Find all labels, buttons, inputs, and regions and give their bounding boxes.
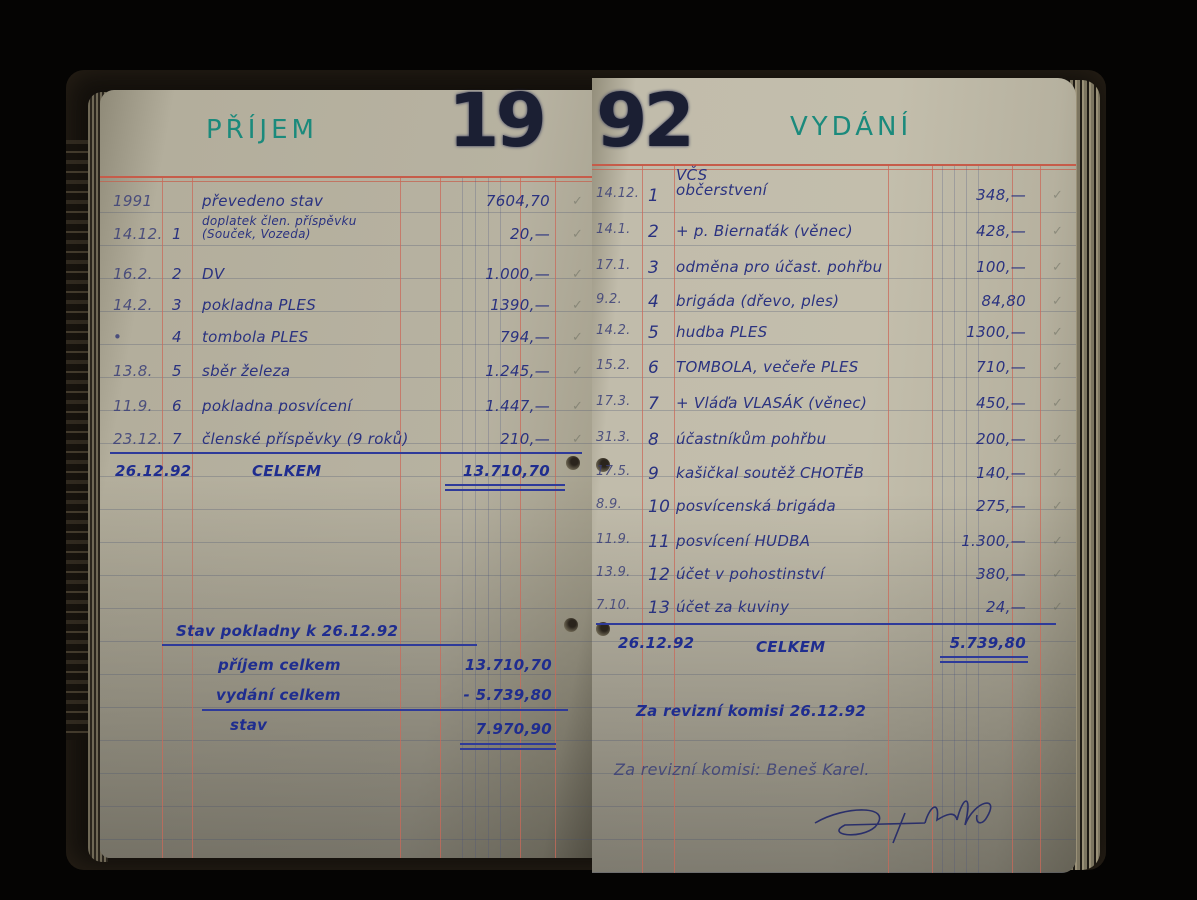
expense-row-date: 7.10. (596, 598, 631, 613)
ruled-line (592, 674, 1076, 675)
double-underline (940, 661, 1028, 663)
column-rule (1040, 166, 1041, 873)
signature (805, 785, 1005, 845)
income-row-number: 2 (172, 265, 182, 283)
expense-row-number: 8 (648, 430, 659, 450)
balance-title-rule (162, 644, 477, 646)
expense-row-date: 9.2. (596, 292, 622, 307)
ruled-line (100, 575, 592, 576)
check-mark: ✓ (1052, 325, 1063, 340)
expense-row-date: 31.3. (596, 430, 631, 445)
expense-row-date: 11.9. (596, 532, 631, 547)
income-row-amount: 1.000,— (460, 265, 550, 283)
ruled-line (592, 872, 1076, 873)
ruled-line (100, 212, 592, 213)
income-total-date: 26.12.92 (115, 462, 191, 480)
column-rule (555, 178, 556, 858)
expense-row-number: 5 (648, 323, 659, 343)
expense-total-amount: 5.739,80 (936, 634, 1026, 652)
expense-row-number: 10 (648, 497, 670, 517)
income-row-date: 23.12. (113, 430, 163, 448)
expense-row-text: odměna pro účast. pohřbu (676, 258, 882, 276)
expense-row-text: + Vláďa VLASÁK (věnec) (676, 394, 867, 412)
column-rule (400, 178, 401, 858)
header-rule (592, 169, 1076, 170)
expense-row-date: 17.1. (596, 258, 631, 273)
check-mark: ✓ (572, 432, 583, 447)
ruled-line (100, 641, 592, 642)
expense-row-amount: 1300,— (936, 323, 1026, 341)
income-total-amount: 13.710,70 (460, 462, 550, 480)
expense-row-number: 2 (648, 222, 659, 242)
income-row-amount: 1.245,— (460, 362, 550, 380)
ruled-line (100, 245, 592, 246)
ruled-line (100, 674, 592, 675)
double-underline (460, 748, 556, 750)
expense-row-amount: 100,— (936, 258, 1026, 276)
income-row-amount: 7604,70 (460, 192, 550, 210)
ruled-line (592, 278, 1076, 279)
check-mark: ✓ (572, 364, 583, 379)
expense-row-amount: 84,80 (936, 292, 1026, 310)
column-rule (440, 178, 441, 858)
check-mark: ✓ (1052, 360, 1063, 375)
double-underline (460, 743, 556, 745)
ruled-line (100, 806, 592, 807)
ruled-line (100, 839, 592, 840)
check-mark: ✓ (1052, 260, 1063, 275)
expense-row-amount: 1.300,— (936, 532, 1026, 550)
check-mark: ✓ (1052, 396, 1063, 411)
income-row-amount: 20,— (460, 225, 550, 243)
income-total-label: CELKEM (252, 462, 321, 480)
check-mark: ✓ (572, 194, 583, 209)
check-mark: ✓ (1052, 224, 1063, 239)
ruled-line (100, 773, 592, 774)
ruled-line (100, 542, 592, 543)
expense-row-number: 7 (648, 394, 659, 414)
ruled-line (592, 740, 1076, 741)
income-row-number: 6 (172, 397, 182, 415)
expense-row-number: 4 (648, 292, 659, 312)
check-mark: ✓ (1052, 600, 1063, 615)
expense-row-number: 3 (648, 258, 659, 278)
ruled-line (592, 377, 1076, 378)
expense-row-amount: 428,— (936, 222, 1026, 240)
balance-expense-label: vydání celkem (216, 686, 341, 704)
check-mark: ✓ (572, 227, 583, 242)
check-mark: ✓ (1052, 567, 1063, 582)
income-row-number: 4 (172, 328, 182, 346)
expense-row-amount: 200,— (936, 430, 1026, 448)
ruled-line (592, 245, 1076, 246)
audit-line-2: Za revizní komisi: Beneš Karel. (614, 760, 870, 779)
expense-rule (596, 623, 1056, 625)
expense-row-number: 13 (648, 598, 670, 618)
expense-row-date: 15.2. (596, 358, 631, 373)
year-right: 92 (596, 78, 691, 164)
income-row-number: 1 (172, 225, 182, 243)
ruled-line (100, 707, 592, 708)
income-row-text: sběr železa (202, 362, 290, 380)
year-left: 19 (448, 78, 543, 164)
expense-total-date: 26.12.92 (618, 634, 694, 652)
income-row-date: 14.2. (113, 296, 153, 314)
column-rule (932, 166, 933, 873)
ruled-line (592, 212, 1076, 213)
income-row-date: 1991 (113, 192, 152, 210)
expense-row-number: 9 (648, 464, 659, 484)
check-mark: ✓ (1052, 534, 1063, 549)
balance-income-amount: 13.710,70 (462, 656, 552, 674)
expense-row-amount: 140,— (936, 464, 1026, 482)
income-row-date: 11.9. (113, 397, 153, 415)
expense-row-text: účet v pohostinství (676, 565, 824, 583)
income-row-date: 16.2. (113, 265, 153, 283)
expense-row-text: posvícení HUDBA (676, 532, 810, 550)
expense-row-date: 14.1. (596, 222, 631, 237)
check-mark: ✓ (1052, 294, 1063, 309)
expense-row-text: účastníkům pohřbu (676, 430, 826, 448)
double-underline (445, 484, 565, 486)
expense-row-date: 17.3. (596, 394, 631, 409)
income-row-number: 7 (172, 430, 182, 448)
expense-row-date: 13.9. (596, 565, 631, 580)
income-row-amount: 1.447,— (460, 397, 550, 415)
income-heading: PŘÍJEM (206, 115, 318, 145)
expense-row-amount: 380,— (936, 565, 1026, 583)
ruled-line (592, 311, 1076, 312)
balance-rule (202, 709, 568, 711)
check-mark: ✓ (572, 267, 583, 282)
binder-hole (566, 456, 580, 470)
ruled-line (100, 509, 592, 510)
double-underline (940, 656, 1028, 658)
expense-row-text: hudba PLES (676, 323, 767, 341)
expense-row-amount: 710,— (936, 358, 1026, 376)
expense-row-text: VČS občerstvení (676, 168, 796, 198)
expense-row-amount: 348,— (936, 186, 1026, 204)
income-row-amount: 794,— (460, 328, 550, 346)
expense-row-date: 14.2. (596, 323, 631, 338)
check-mark: ✓ (572, 298, 583, 313)
expense-row-number: 11 (648, 532, 670, 552)
header-rule (100, 181, 592, 182)
expense-row-date: 8.9. (596, 497, 622, 512)
income-row-text: doplatek člen. příspěvku (Souček, Vozeda… (202, 215, 402, 241)
income-row-number: 5 (172, 362, 182, 380)
income-row-amount: 1390,— (460, 296, 550, 314)
expense-row-amount: 450,— (936, 394, 1026, 412)
check-mark: ✓ (1052, 188, 1063, 203)
income-row-text: DV (202, 265, 224, 283)
expense-row-text: kašičkal soutěž CHOTĚB (676, 464, 864, 482)
ruled-line (100, 608, 592, 609)
expense-row-amount: 275,— (936, 497, 1026, 515)
income-row-date: 13.8. (113, 362, 153, 380)
income-row-text: pokladna PLES (202, 296, 316, 314)
income-rule (110, 452, 582, 454)
column-rule (888, 166, 889, 873)
balance-title: Stav pokladny k 26.12.92 (176, 622, 398, 640)
income-row-text: tombola PLES (202, 328, 309, 346)
audit-line-1: Za revizní komisi 26.12.92 (636, 702, 866, 720)
expense-row-number: 6 (648, 358, 659, 378)
income-row-amount: 210,— (460, 430, 550, 448)
expense-row-number: 12 (648, 565, 670, 585)
ruled-line (100, 740, 592, 741)
check-mark: ✓ (1052, 432, 1063, 447)
ruled-line (592, 344, 1076, 345)
balance-state-amount: 7.970,90 (462, 720, 552, 738)
expense-row-text: posvícenská brigáda (676, 497, 836, 515)
income-row-text: členské příspěvky (9 roků) (202, 430, 409, 448)
income-row-text: pokladna posvícení (202, 397, 352, 415)
income-row-date: 14.12. (113, 225, 163, 243)
income-row-number: 3 (172, 296, 182, 314)
column-rule (192, 178, 193, 858)
binder-hole (564, 618, 578, 632)
expense-row-date: 14.12. (596, 186, 639, 201)
column-rule (162, 178, 163, 858)
check-mark: ✓ (1052, 499, 1063, 514)
check-mark: ✓ (1052, 466, 1063, 481)
balance-expense-amount: - 5.739,80 (462, 686, 552, 704)
check-mark: ✓ (572, 399, 583, 414)
header-rule (100, 176, 592, 178)
expense-heading: VYDÁNÍ (790, 112, 912, 142)
expense-row-text: brigáda (dřevo, ples) (676, 292, 839, 310)
income-row-date: • (113, 328, 122, 346)
expense-row-amount: 24,— (936, 598, 1026, 616)
expense-row-number: 1 (648, 186, 659, 206)
expense-row-text: + p. Biernaťák (věnec) (676, 222, 853, 240)
header-rule (592, 164, 1076, 166)
income-row-text: převedeno stav (202, 192, 323, 210)
double-underline (445, 489, 565, 491)
expense-row-text: účet za kuviny (676, 598, 789, 616)
expense-total-label: CELKEM (756, 638, 825, 656)
check-mark: ✓ (572, 330, 583, 345)
cover-texture (66, 140, 88, 740)
balance-state-label: stav (230, 716, 267, 734)
expense-row-date: 17.5. (596, 464, 631, 479)
balance-income-label: příjem celkem (218, 656, 341, 674)
expense-row-text: TOMBOLA, večeře PLES (676, 358, 859, 376)
